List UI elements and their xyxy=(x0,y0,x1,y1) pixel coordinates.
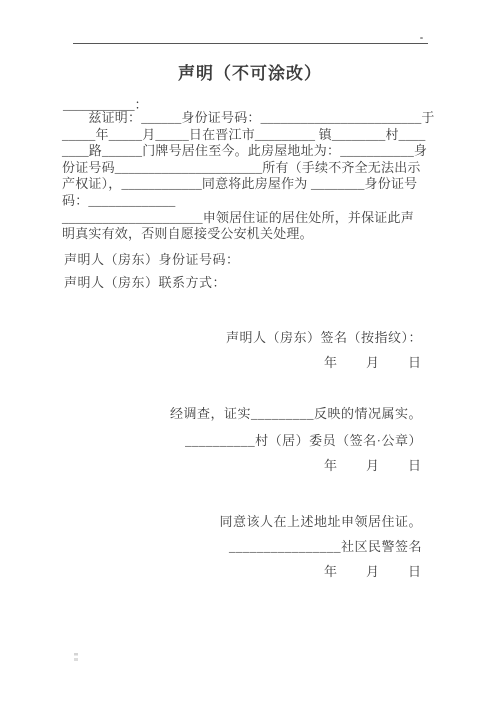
paragraph-line: 兹证明：______身份证号码：________________________… xyxy=(62,110,439,127)
declaration-paragraph: 兹证明：______身份证号码：________________________… xyxy=(62,110,439,243)
paragraph-line: 明真实有效，否则自愿接受公安机关处理。 xyxy=(62,226,439,243)
village-verification-line: 经调查，证实_________反映的情况属实。 xyxy=(62,403,439,422)
landlord-signature-date-line: 年 月 日 xyxy=(62,352,439,371)
village-date-line: 年 月 日 xyxy=(62,455,439,474)
village-committee-signature-line: __________村（居）委员（签名·公章） xyxy=(62,430,439,449)
scanned-declaration-document: 声明（不可涂改） ___________： 兹证明：______身份证号码：__… xyxy=(0,0,500,708)
community-police-signature-line: ________________社区民警签名 xyxy=(62,536,439,555)
paragraph-line: _____年_____月_____日在晋江市_________ 镇_______… xyxy=(62,127,439,144)
paragraph-line: _____________________申领居住证的居住处所，并保证此声 xyxy=(62,210,439,227)
paragraph-line: 产权证），____________同意将此房屋作为 ________身份证号 xyxy=(62,176,439,193)
police-date-line: 年 月 日 xyxy=(62,561,439,580)
landlord-signature-label: 声明人（房东）签名（按指纹）： xyxy=(62,327,439,346)
scan-speck-bottom-left xyxy=(74,653,78,661)
paragraph-line: 份证号码______________________所有（手续不齐全无法出示 xyxy=(62,160,439,177)
top-horizontal-rule xyxy=(73,43,428,44)
paragraph-line: 码：_____________ xyxy=(62,193,439,210)
document-title: 声明（不可涂改） xyxy=(0,59,500,84)
landlord-id-number-label: 声明人（房东）身份证号码： xyxy=(64,249,240,268)
police-approval-line: 同意该人在上述地址申领居住证。 xyxy=(62,511,439,530)
scan-speck-top-right xyxy=(420,37,423,39)
landlord-contact-label: 声明人（房东）联系方式： xyxy=(64,272,226,291)
paragraph-line: ____路______门牌号居住至今。此房屋地址为：___________身 xyxy=(62,143,439,160)
